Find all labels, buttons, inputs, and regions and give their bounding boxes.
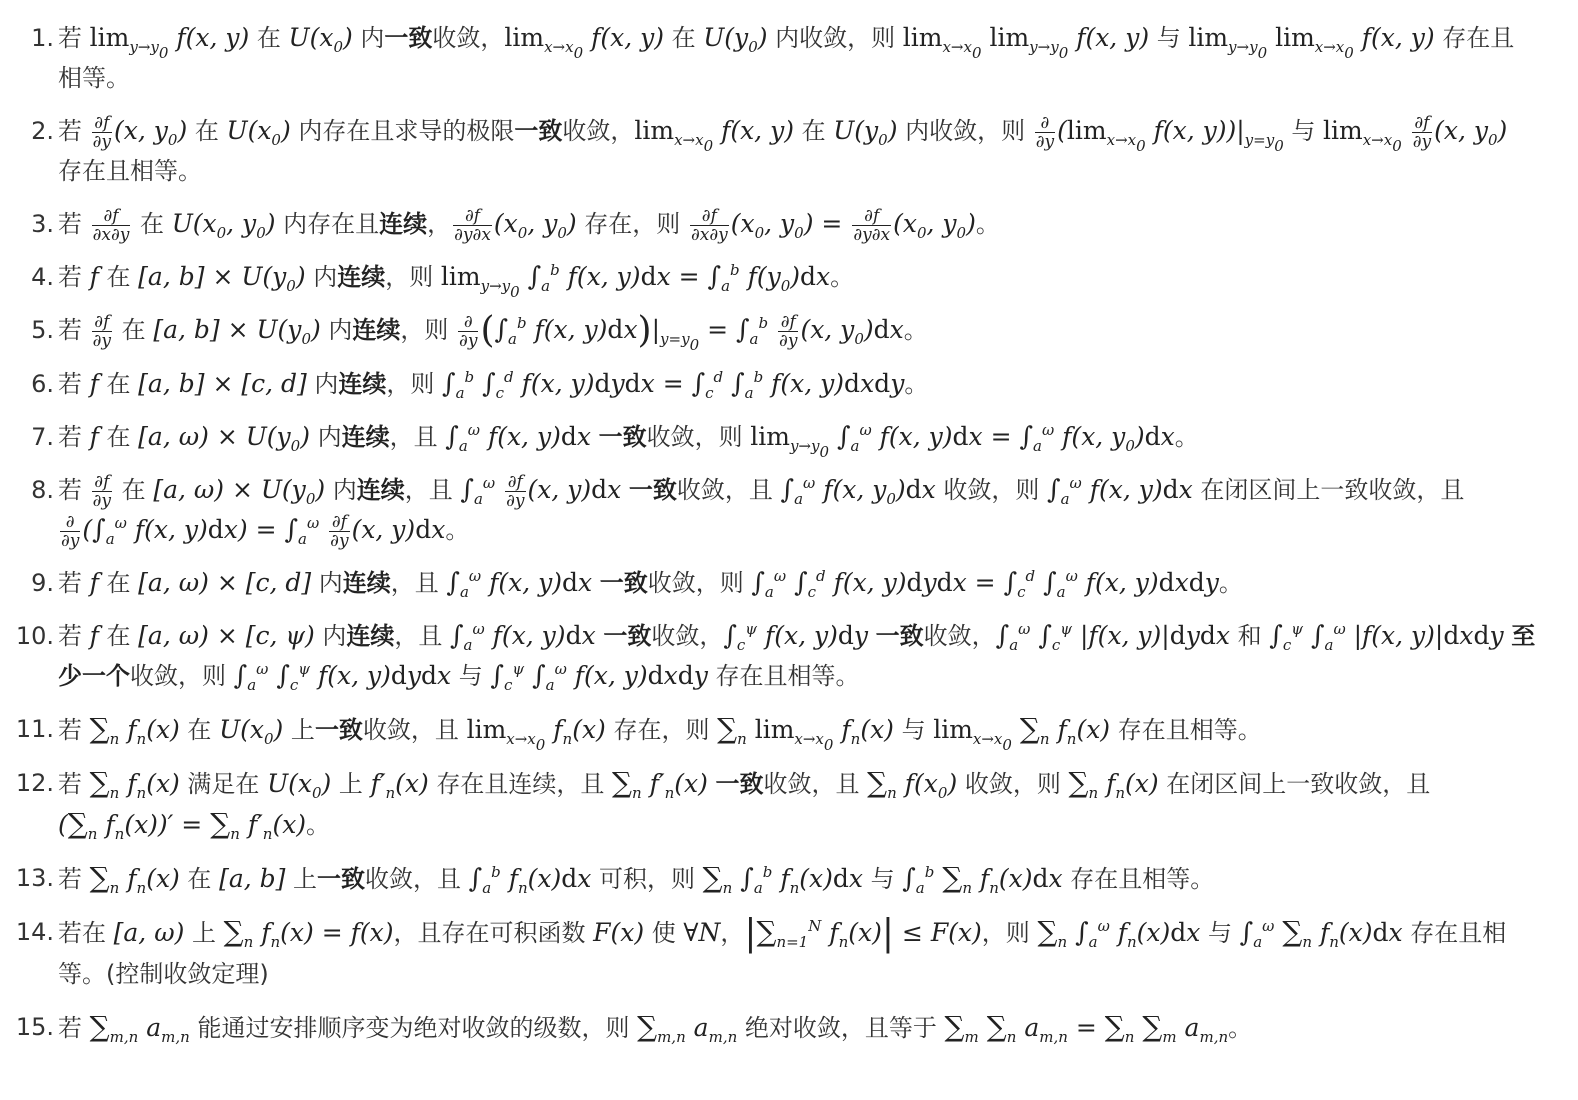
math-expression: ∂f∂y∂x(x0, y0) bbox=[451, 209, 577, 238]
item-number: 15. bbox=[0, 1007, 54, 1047]
math-expression: f bbox=[90, 369, 99, 398]
math-expression: [a, b] × U(y0) bbox=[138, 262, 305, 291]
body-text: 收敛， bbox=[562, 117, 634, 145]
math-expression: f bbox=[90, 422, 99, 451]
emphasis-text: 连续 bbox=[346, 622, 394, 650]
math-expression: ∑n fn(x) bbox=[90, 769, 180, 798]
math-expression: ∀N bbox=[683, 918, 720, 947]
math-expression: ∑n fn(x) bbox=[90, 864, 180, 893]
math-expression: ∂f∂x∂y(x0, y0) = ∂f∂y∂x(x0, y0) bbox=[688, 209, 976, 238]
body-text: 存在且连续，且 bbox=[429, 770, 612, 798]
item-number: 5. bbox=[0, 310, 54, 350]
body-text: 内 bbox=[310, 423, 342, 451]
list-item: 12. 若 ∑n fn(x) 满足在 U(x0) 上 f′n(x) 存在且连续，… bbox=[0, 763, 1578, 845]
body-text: ，则 bbox=[385, 263, 441, 291]
math-expression: ∫aω ∫cψ |f(x, y)|dydx bbox=[996, 621, 1230, 650]
body-text: ， bbox=[720, 919, 744, 947]
body-text: 内存在且 bbox=[276, 210, 380, 238]
body-text: 存在，则 bbox=[577, 210, 688, 238]
math-expression: ∑n ∫aω fn(x)dx bbox=[1037, 918, 1200, 947]
body-text: 收敛，则 bbox=[936, 476, 1047, 504]
body-text bbox=[591, 423, 599, 451]
list-item: 9. 若 f 在 [a, ω) × [c, d] 内连续，且 ∫aω f(x, … bbox=[0, 563, 1578, 603]
item-content: 若 limy→y0 f(x, y) 在 U(x0) 内一致收敛，limx→x0 … bbox=[58, 24, 1514, 92]
body-text: 。 bbox=[904, 316, 928, 344]
body-text: 。 bbox=[976, 210, 1000, 238]
body-text: 与 bbox=[1200, 919, 1239, 947]
list-item: 3. 若 ∂f∂x∂y 在 U(x0, y0) 内存在且连续，∂f∂y∂x(x0… bbox=[0, 204, 1578, 244]
math-expression: ∫ab ∫cd f(x, y)dydx = ∫cd ∫ab f(x, y)dxd… bbox=[442, 369, 904, 398]
emphasis-text: 连续 bbox=[343, 569, 391, 597]
body-text bbox=[708, 770, 716, 798]
math-expression: ∑n limx→x0 fn(x) bbox=[717, 715, 894, 744]
list-item: 10. 若 f 在 [a, ω) × [c, ψ) 内连续，且 ∫aω f(x,… bbox=[0, 616, 1578, 696]
math-expression: ∫ab fn(x)dx bbox=[469, 864, 592, 893]
body-text: 上 bbox=[331, 770, 370, 798]
item-number: 1. bbox=[0, 18, 54, 58]
item-content: 若 f 在 [a, ω) × [c, d] 内连续，且 ∫aω f(x, y)d… bbox=[58, 569, 1243, 597]
math-expression: f bbox=[90, 568, 99, 597]
body-text: 在闭区间上一致收敛，且 bbox=[1193, 476, 1465, 504]
item-number: 9. bbox=[0, 563, 54, 603]
math-expression: limy→y0 limx→x0 f(x, y) bbox=[1188, 23, 1434, 52]
item-content: 若 ∂f∂x∂y 在 U(x0, y0) 内存在且连续，∂f∂y∂x(x0, y… bbox=[58, 210, 1000, 238]
body-text: 存在且相等。 bbox=[708, 662, 860, 690]
math-expression: (∑n fn(x))′ = ∑n f′n(x) bbox=[58, 810, 306, 839]
math-expression: ∫cψ ∫aω f(x, y)dxdy bbox=[490, 661, 708, 690]
list-item: 2. 若 ∂f∂y(x, y0) 在 U(x0) 内存在且求导的极限一致收敛，l… bbox=[0, 111, 1578, 191]
emphasis-text: 连续 bbox=[379, 210, 427, 238]
math-expression: U(x0) bbox=[227, 116, 291, 145]
body-text: ，则 bbox=[400, 316, 456, 344]
body-text: 存在且相等。 bbox=[1110, 716, 1262, 744]
body-text: 在 bbox=[99, 569, 138, 597]
math-expression: ∑n f′n(x) bbox=[612, 769, 708, 798]
emphasis-text: 连续 bbox=[338, 370, 386, 398]
math-expression: ∫aω ∂f∂y(x, y)dx bbox=[460, 475, 621, 504]
emphasis-text: 一致 bbox=[384, 24, 432, 52]
emphasis-text: 连续 bbox=[357, 476, 405, 504]
list-item: 5. 若 ∂f∂y 在 [a, b] × U(y0) 内连续，则 ∂∂y(∫ab… bbox=[0, 310, 1578, 351]
math-expression: ∫cψ f(x, y)dy bbox=[723, 621, 868, 650]
body-text: 收敛，且 bbox=[363, 716, 467, 744]
body-text: 内 bbox=[325, 476, 357, 504]
item-content: 若在 [a, ω) 上 ∑n fn(x) = f(x)，且存在可积函数 F(x)… bbox=[58, 919, 1506, 988]
emphasis-text: 一致 bbox=[317, 865, 365, 893]
math-expression: ∫aω ∫cψ f(x, y)dydx bbox=[234, 661, 452, 690]
item-content: 若 f 在 [a, b] × [c, d] 内连续，则 ∫ab ∫cd f(x,… bbox=[58, 370, 928, 398]
list-item: 13. 若 ∑n fn(x) 在 [a, b] 上一致收敛，且 ∫ab fn(x… bbox=[0, 858, 1578, 899]
math-expression: f bbox=[90, 621, 99, 650]
body-text: 若 bbox=[58, 24, 90, 52]
item-content: 若 f 在 [a, b] × U(y0) 内连续，则 limy→y0 ∫ab f… bbox=[58, 263, 854, 291]
body-text: 收敛，则 bbox=[648, 569, 752, 597]
math-expression: U(y0) bbox=[833, 116, 897, 145]
math-expression: |∑n=1N fn(x)| ≤ F(x) bbox=[744, 918, 981, 947]
emphasis-text: 一致 bbox=[603, 622, 651, 650]
item-content: 若 ∂f∂y(x, y0) 在 U(x0) 内存在且求导的极限一致收敛，limx… bbox=[58, 117, 1507, 185]
math-expression: U(x0) bbox=[289, 23, 353, 52]
math-expression: [a, ω) × [c, d] bbox=[138, 568, 311, 597]
math-expression: [a, ω) × U(y0) bbox=[153, 475, 325, 504]
body-text: ，且 bbox=[394, 622, 450, 650]
body-text: 在 bbox=[99, 423, 138, 451]
math-expression: ∫aω f(x, y0)dx bbox=[781, 475, 936, 504]
body-text: 与 bbox=[1284, 117, 1323, 145]
math-expression: ∫aω ∑n fn(x)dx bbox=[1240, 918, 1403, 947]
item-number: 3. bbox=[0, 204, 54, 244]
body-text: ，则 bbox=[982, 919, 1038, 947]
body-text: 使 bbox=[644, 919, 683, 947]
body-text: 内 bbox=[321, 316, 353, 344]
body-text: 收敛，且 bbox=[764, 770, 868, 798]
body-text: 与 bbox=[451, 662, 490, 690]
math-expression: ∂∂y(limx→x0 f(x, y))|y=y0 bbox=[1033, 116, 1284, 145]
math-expression: ∑m,n am,n bbox=[90, 1013, 190, 1042]
body-text: 若 bbox=[58, 770, 90, 798]
emphasis-text: 一致 bbox=[514, 117, 562, 145]
list-item: 4. 若 f 在 [a, b] × U(y0) 内连续，则 limy→y0 ∫a… bbox=[0, 257, 1578, 297]
body-text: 若 bbox=[58, 263, 90, 291]
item-number: 7. bbox=[0, 417, 54, 457]
body-text: 与 bbox=[894, 716, 933, 744]
body-text: ，且 bbox=[390, 423, 446, 451]
body-text: 在 bbox=[249, 24, 288, 52]
math-expression: ∂∂y(∫aω f(x, y)dx) = ∫aω ∂f∂y(x, y)dx bbox=[58, 515, 445, 544]
math-expression: ∫aω f(x, y)dx bbox=[445, 422, 591, 451]
body-text: 。 bbox=[830, 263, 854, 291]
item-number: 10. bbox=[0, 616, 54, 656]
math-expression: ∫ab ∑n fn(x)dx bbox=[902, 864, 1062, 893]
body-text: 与 bbox=[863, 865, 902, 893]
body-text bbox=[592, 569, 600, 597]
math-expression: ∑m ∑n am,n = ∑n ∑m am,n bbox=[945, 1013, 1229, 1042]
body-text: ，且 bbox=[405, 476, 461, 504]
body-text: 在闭区间上一致收敛，且 bbox=[1159, 770, 1431, 798]
body-text: 收敛， bbox=[924, 622, 996, 650]
body-text: 在 bbox=[180, 716, 219, 744]
body-text: 内 bbox=[353, 24, 385, 52]
item-number: 13. bbox=[0, 858, 54, 898]
item-number: 8. bbox=[0, 470, 54, 510]
body-text: 收敛， bbox=[651, 622, 723, 650]
math-expression: ∂f∂y bbox=[90, 315, 114, 344]
item-content: 若 f 在 [a, ω) × [c, ψ) 内连续，且 ∫aω f(x, y)d… bbox=[58, 622, 1535, 690]
body-text: 若 bbox=[58, 569, 90, 597]
body-text: 在 bbox=[99, 263, 138, 291]
body-text: 内收敛，则 bbox=[897, 117, 1032, 145]
body-text: 能通过安排顺序变为绝对收敛的级数，则 bbox=[190, 1014, 637, 1042]
body-text: 在 bbox=[664, 24, 703, 52]
math-expression: ∂f∂y(x, y0) bbox=[90, 116, 188, 145]
list-item: 7. 若 f 在 [a, ω) × U(y0) 内连续，且 ∫aω f(x, y… bbox=[0, 417, 1578, 457]
body-text: 收敛，且 bbox=[677, 476, 781, 504]
theorem-list: 1. 若 limy→y0 f(x, y) 在 U(x0) 内一致收敛，limx→… bbox=[0, 0, 1578, 1048]
body-text: 在 bbox=[99, 622, 138, 650]
body-text: 在 bbox=[180, 865, 219, 893]
body-text bbox=[621, 476, 629, 504]
body-text: 收敛，则 bbox=[130, 662, 234, 690]
body-text: 若 bbox=[58, 370, 90, 398]
item-number: 6. bbox=[0, 364, 54, 404]
math-expression: limy→y0 ∫aω f(x, y)dx = ∫aω f(x, y0)dx bbox=[750, 422, 1175, 451]
item-number: 4. bbox=[0, 257, 54, 297]
math-expression: [a, b] × [c, d] bbox=[138, 369, 307, 398]
item-content: 若 ∑n fn(x) 满足在 U(x0) 上 f′n(x) 存在且连续，且 ∑n… bbox=[58, 770, 1430, 839]
math-expression: f′n(x) bbox=[371, 769, 429, 798]
body-text: 上 bbox=[184, 919, 223, 947]
body-text: 在 bbox=[99, 370, 138, 398]
body-text: 在 bbox=[794, 117, 833, 145]
list-item: 14. 若在 [a, ω) 上 ∑n fn(x) = f(x)，且存在可积函数 … bbox=[0, 912, 1578, 994]
body-text: 若 bbox=[58, 210, 90, 238]
body-text: 内 bbox=[315, 622, 347, 650]
math-expression: limx→x0 fn(x) bbox=[467, 715, 606, 744]
body-text: 内 bbox=[306, 263, 338, 291]
emphasis-text: 一致 bbox=[600, 569, 648, 597]
body-text: 若 bbox=[58, 622, 90, 650]
body-text bbox=[868, 622, 876, 650]
body-text: 在 bbox=[114, 476, 153, 504]
emphasis-text: 一致 bbox=[716, 770, 764, 798]
math-expression: ∂f∂x∂y bbox=[90, 209, 133, 238]
body-text: 收敛，且 bbox=[365, 865, 469, 893]
body-text: 上 bbox=[283, 716, 315, 744]
body-text: 内存在且求导的极限 bbox=[291, 117, 515, 145]
emphasis-text: 一致 bbox=[876, 622, 924, 650]
body-text: 上 bbox=[285, 865, 317, 893]
math-expression: ∂∂y(∫ab f(x, y)dx)|y=y0 = ∫ab ∂f∂y(x, y0… bbox=[456, 315, 904, 344]
item-content: 若 ∂f∂y 在 [a, ω) × U(y0) 内连续，且 ∫aω ∂f∂y(x… bbox=[58, 476, 1464, 544]
list-item: 11. 若 ∑n fn(x) 在 U(x0) 上一致收敛，且 limx→x0 f… bbox=[0, 709, 1578, 750]
body-text: 在 bbox=[132, 210, 171, 238]
emphasis-text: 连续 bbox=[342, 423, 390, 451]
math-expression: f bbox=[90, 262, 99, 291]
math-expression: ∫aω ∫cd f(x, y)dydx = ∫cd ∫aω f(x, y)dxd… bbox=[751, 568, 1219, 597]
math-expression: limy→y0 f(x, y) bbox=[90, 23, 250, 52]
body-text: 内收敛，则 bbox=[768, 24, 903, 52]
math-expression: F(x) bbox=[593, 918, 644, 947]
list-item: 6. 若 f 在 [a, b] × [c, d] 内连续，则 ∫ab ∫cd f… bbox=[0, 364, 1578, 404]
math-expression: limx→x0 ∑n fn(x) bbox=[933, 715, 1110, 744]
math-expression: [a, ω) × [c, ψ) bbox=[138, 621, 315, 650]
math-expression: ∑n f(x0) bbox=[867, 769, 957, 798]
math-expression: [a, ω) × U(y0) bbox=[138, 422, 310, 451]
body-text: 存在且相等。 bbox=[58, 157, 202, 185]
body-text: 若 bbox=[58, 423, 90, 451]
body-text: 存在，则 bbox=[606, 716, 717, 744]
item-content: 若 ∑m,n am,n 能通过安排顺序变为绝对收敛的级数，则 ∑m,n am,n… bbox=[58, 1014, 1252, 1042]
item-number: 12. bbox=[0, 763, 54, 803]
body-text: ， bbox=[427, 210, 451, 238]
math-expression: [a, ω) bbox=[114, 918, 185, 947]
math-expression: ∑n fn(x) bbox=[90, 715, 180, 744]
item-number: 2. bbox=[0, 111, 54, 151]
body-text: 收敛，则 bbox=[647, 423, 751, 451]
item-content: 若 f 在 [a, ω) × U(y0) 内连续，且 ∫aω f(x, y)dx… bbox=[58, 423, 1199, 451]
body-text: 满足在 bbox=[180, 770, 267, 798]
body-text: 内 bbox=[307, 370, 339, 398]
math-expression: ∫cψ ∫aω |f(x, y)|dxdy bbox=[1269, 621, 1503, 650]
math-expression: ∫aω f(x, y)dx bbox=[450, 621, 596, 650]
math-expression: U(y0) bbox=[703, 23, 767, 52]
list-item: 15. 若 ∑m,n am,n 能通过安排顺序变为绝对收敛的级数，则 ∑m,n … bbox=[0, 1007, 1578, 1048]
body-text: 存在且相等。 bbox=[1063, 865, 1215, 893]
math-expression: ∂f∂y bbox=[90, 475, 114, 504]
body-text: 收敛，则 bbox=[957, 770, 1068, 798]
body-text: 。 bbox=[1175, 423, 1199, 451]
body-text: 。 bbox=[306, 811, 330, 839]
math-expression: U(x0, y0) bbox=[172, 209, 276, 238]
body-text: 绝对收敛，且等于 bbox=[737, 1014, 944, 1042]
item-content: 若 ∂f∂y 在 [a, b] × U(y0) 内连续，则 ∂∂y(∫ab f(… bbox=[58, 316, 928, 344]
math-expression: limy→y0 ∫ab f(x, y)dx = ∫ab f(y0)dx bbox=[441, 262, 830, 291]
body-text: 与 bbox=[1149, 24, 1188, 52]
math-expression: ∑n ∫ab fn(x)dx bbox=[703, 864, 863, 893]
body-text: 若 bbox=[58, 476, 90, 504]
body-text: 。 bbox=[1219, 569, 1243, 597]
body-text: 。 bbox=[445, 516, 469, 544]
body-text: ，则 bbox=[386, 370, 442, 398]
body-text: 。 bbox=[1228, 1014, 1252, 1042]
math-expression: ∑n fn(x) = f(x) bbox=[224, 918, 394, 947]
item-content: 若 ∑n fn(x) 在 U(x0) 上一致收敛，且 limx→x0 fn(x)… bbox=[58, 716, 1262, 744]
body-text: 和 bbox=[1230, 622, 1269, 650]
body-text: 若 bbox=[58, 1014, 90, 1042]
body-text: ，且存在可积函数 bbox=[393, 919, 593, 947]
math-expression: limx→x0 limy→y0 f(x, y) bbox=[903, 23, 1149, 52]
body-text: ，且 bbox=[391, 569, 447, 597]
math-expression: ∫aω f(x, y)dx bbox=[1047, 475, 1193, 504]
body-text: 若 bbox=[58, 117, 90, 145]
item-number: 14. bbox=[0, 912, 54, 952]
math-expression: limx→x0 ∂f∂y(x, y0) bbox=[1323, 116, 1507, 145]
list-item: 8. 若 ∂f∂y 在 [a, ω) × U(y0) 内连续，且 ∫aω ∂f∂… bbox=[0, 470, 1578, 550]
emphasis-text: 一致 bbox=[629, 476, 677, 504]
list-item: 1. 若 limy→y0 f(x, y) 在 U(x0) 内一致收敛，limx→… bbox=[0, 18, 1578, 98]
body-text: 若 bbox=[58, 316, 90, 344]
body-text: 收敛， bbox=[432, 24, 504, 52]
item-number: 11. bbox=[0, 709, 54, 749]
math-expression: [a, b] × U(y0) bbox=[153, 315, 320, 344]
body-text: 可积，则 bbox=[591, 865, 702, 893]
math-expression: ∫aω f(x, y)dx bbox=[446, 568, 592, 597]
emphasis-text: 连续 bbox=[337, 263, 385, 291]
emphasis-text: 一致 bbox=[315, 716, 363, 744]
math-expression: limx→x0 f(x, y) bbox=[504, 23, 664, 52]
math-expression: ∑m,n am,n bbox=[637, 1013, 737, 1042]
math-expression: [a, b] bbox=[219, 864, 285, 893]
math-expression: limx→x0 f(x, y) bbox=[634, 116, 794, 145]
body-text: 内 bbox=[311, 569, 343, 597]
math-expression: U(x0) bbox=[267, 769, 331, 798]
body-text: 在 bbox=[187, 117, 226, 145]
emphasis-text: 一致 bbox=[599, 423, 647, 451]
item-content: 若 ∑n fn(x) 在 [a, b] 上一致收敛，且 ∫ab fn(x)dx … bbox=[58, 865, 1214, 893]
body-text: 。 bbox=[904, 370, 928, 398]
body-text: 若在 bbox=[58, 919, 114, 947]
math-expression: U(x0) bbox=[219, 715, 283, 744]
body-text: 在 bbox=[114, 316, 153, 344]
body-text: 若 bbox=[58, 865, 90, 893]
math-expression: ∑n fn(x) bbox=[1068, 769, 1158, 798]
emphasis-text: 连续 bbox=[352, 316, 400, 344]
body-text: 若 bbox=[58, 716, 90, 744]
